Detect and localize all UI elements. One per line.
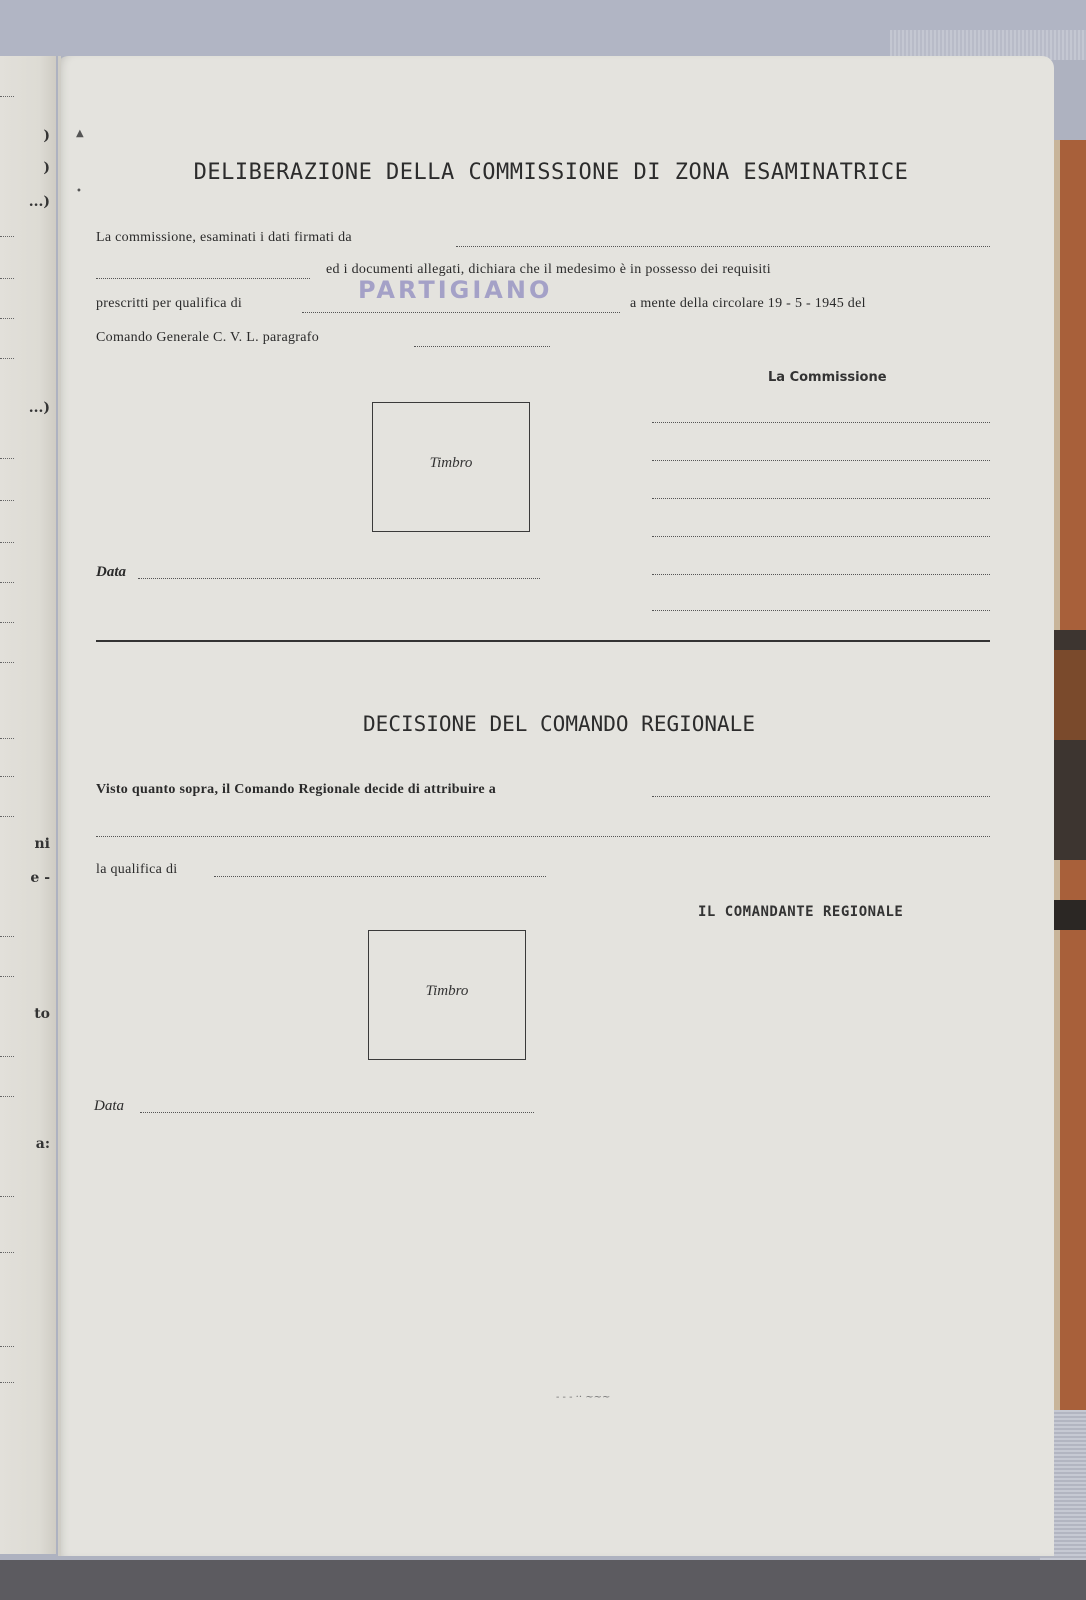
section1-title: DELIBERAZIONE DELLA COMMISSIONE DI ZONA …	[120, 160, 982, 185]
section1-line1: La commissione, esaminati i dati firmati…	[96, 230, 352, 246]
signed-by-field[interactable]	[456, 246, 990, 247]
section2-title: DECISIONE DEL COMANDO REGIONALE	[98, 712, 1020, 736]
attribute-to-field[interactable]	[652, 796, 990, 797]
left-fragment: ...)	[29, 400, 50, 416]
attribute-to-field-cont[interactable]	[96, 836, 990, 837]
ink-smudge: - - - ·· ~~~	[556, 1392, 610, 1403]
commission-signature-3[interactable]	[652, 498, 990, 499]
section1-line3-suffix: a mente della circolare 19 - 5 - 1945 de…	[630, 296, 866, 312]
commission-label: La Commissione	[768, 370, 887, 385]
commission-signature-4[interactable]	[652, 536, 990, 537]
section2-line3: la qualifica di	[96, 862, 177, 878]
section1-line3-prefix: prescritti per qualifica di	[96, 296, 242, 312]
left-fragment: e -	[30, 870, 50, 886]
left-fragment: a:	[36, 1136, 50, 1152]
paragrafo-field[interactable]	[414, 346, 550, 347]
left-fragment: ni	[35, 836, 51, 852]
left-page-edge: ) ) ...) ...) ni e - to a:	[0, 56, 56, 1554]
commission-signature-6[interactable]	[652, 610, 990, 611]
left-fragment: ...)	[29, 194, 50, 210]
commission-signature-1[interactable]	[652, 422, 990, 423]
qualifica-field-2[interactable]	[214, 876, 546, 877]
background-bottom	[0, 1560, 1086, 1600]
stamp-box-2: Timbro	[368, 930, 526, 1060]
left-fragment: )	[43, 160, 50, 176]
date-label-1: Data	[96, 564, 126, 581]
signed-by-field-cont[interactable]	[96, 278, 310, 279]
stamp-label: Timbro	[373, 455, 529, 472]
qualifica-field[interactable]	[302, 312, 620, 313]
partigiano-stamp: PARTIGIANO	[358, 276, 552, 304]
book-spine-right	[1054, 140, 1086, 1420]
comandante-label: IL COMANDANTE REGIONALE	[698, 904, 903, 920]
stamp-box-1: Timbro	[372, 402, 530, 532]
date-field-1[interactable]	[138, 578, 540, 579]
commission-signature-5[interactable]	[652, 574, 990, 575]
form-page: ▲ • DELIBERAZIONE DELLA COMMISSIONE DI Z…	[58, 56, 1054, 1556]
date-label-2: Data	[94, 1098, 124, 1115]
left-fragment: )	[43, 128, 50, 144]
section-divider	[96, 640, 990, 642]
section2-line1: Visto quanto sopra, il Comando Regionale…	[96, 782, 496, 798]
commission-signature-2[interactable]	[652, 460, 990, 461]
stamp-label: Timbro	[369, 983, 525, 1000]
section1-line4: Comando Generale C. V. L. paragrafo	[96, 330, 319, 346]
left-fragment: to	[34, 1006, 50, 1022]
date-field-2[interactable]	[140, 1112, 534, 1113]
